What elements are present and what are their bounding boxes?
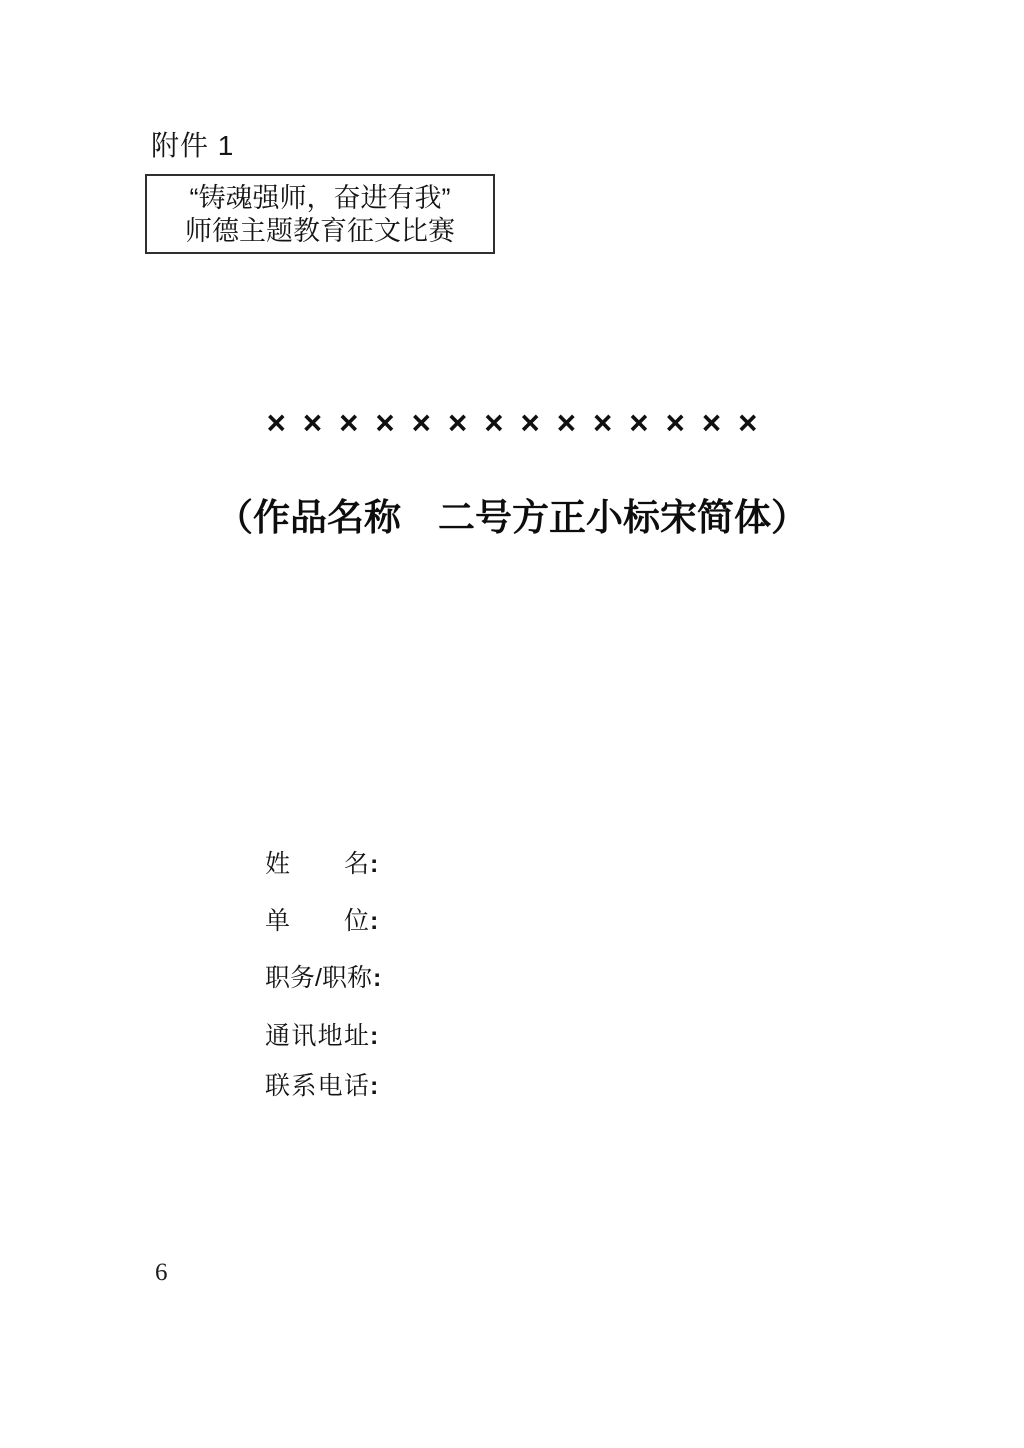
competition-title-line2: 师德主题教育征文比赛 (147, 215, 493, 248)
field-label-name: 姓名 (265, 849, 369, 879)
field-colon: : (372, 963, 381, 993)
field-label-position-title: 职务/职称 (265, 963, 372, 993)
page-number: 6 (155, 1258, 168, 1288)
field-label-unit: 单位 (265, 906, 369, 936)
form-field-mailing-address: 通讯地址: (265, 1021, 378, 1051)
field-colon: : (369, 1021, 378, 1051)
field-label-mailing-address: 通讯地址 (265, 1021, 369, 1051)
work-title-placeholder: （作品名称 二号方正小标宋简体） (0, 494, 1024, 544)
form-field-name: 姓名: (265, 849, 378, 879)
attachment-label: 附件 1 (151, 131, 234, 162)
competition-title-line1: “铸魂强师，奋进有我” (147, 182, 493, 215)
field-label-contact-phone: 联系电话 (265, 1071, 369, 1101)
document-page: 附件 1 “铸魂强师，奋进有我” 师德主题教育征文比赛 ××××××××××××… (0, 0, 1024, 1448)
field-colon: : (369, 1071, 378, 1101)
field-colon: : (369, 849, 378, 879)
form-field-contact-phone: 联系电话: (265, 1071, 378, 1101)
field-colon: : (369, 906, 378, 936)
form-field-unit: 单位: (265, 906, 378, 936)
competition-title-box: “铸魂强师，奋进有我” 师德主题教育征文比赛 (145, 174, 495, 254)
form-field-position-title: 职务/职称: (265, 963, 381, 993)
placeholder-crosses-row: ×××××××××××××× (0, 403, 1024, 443)
